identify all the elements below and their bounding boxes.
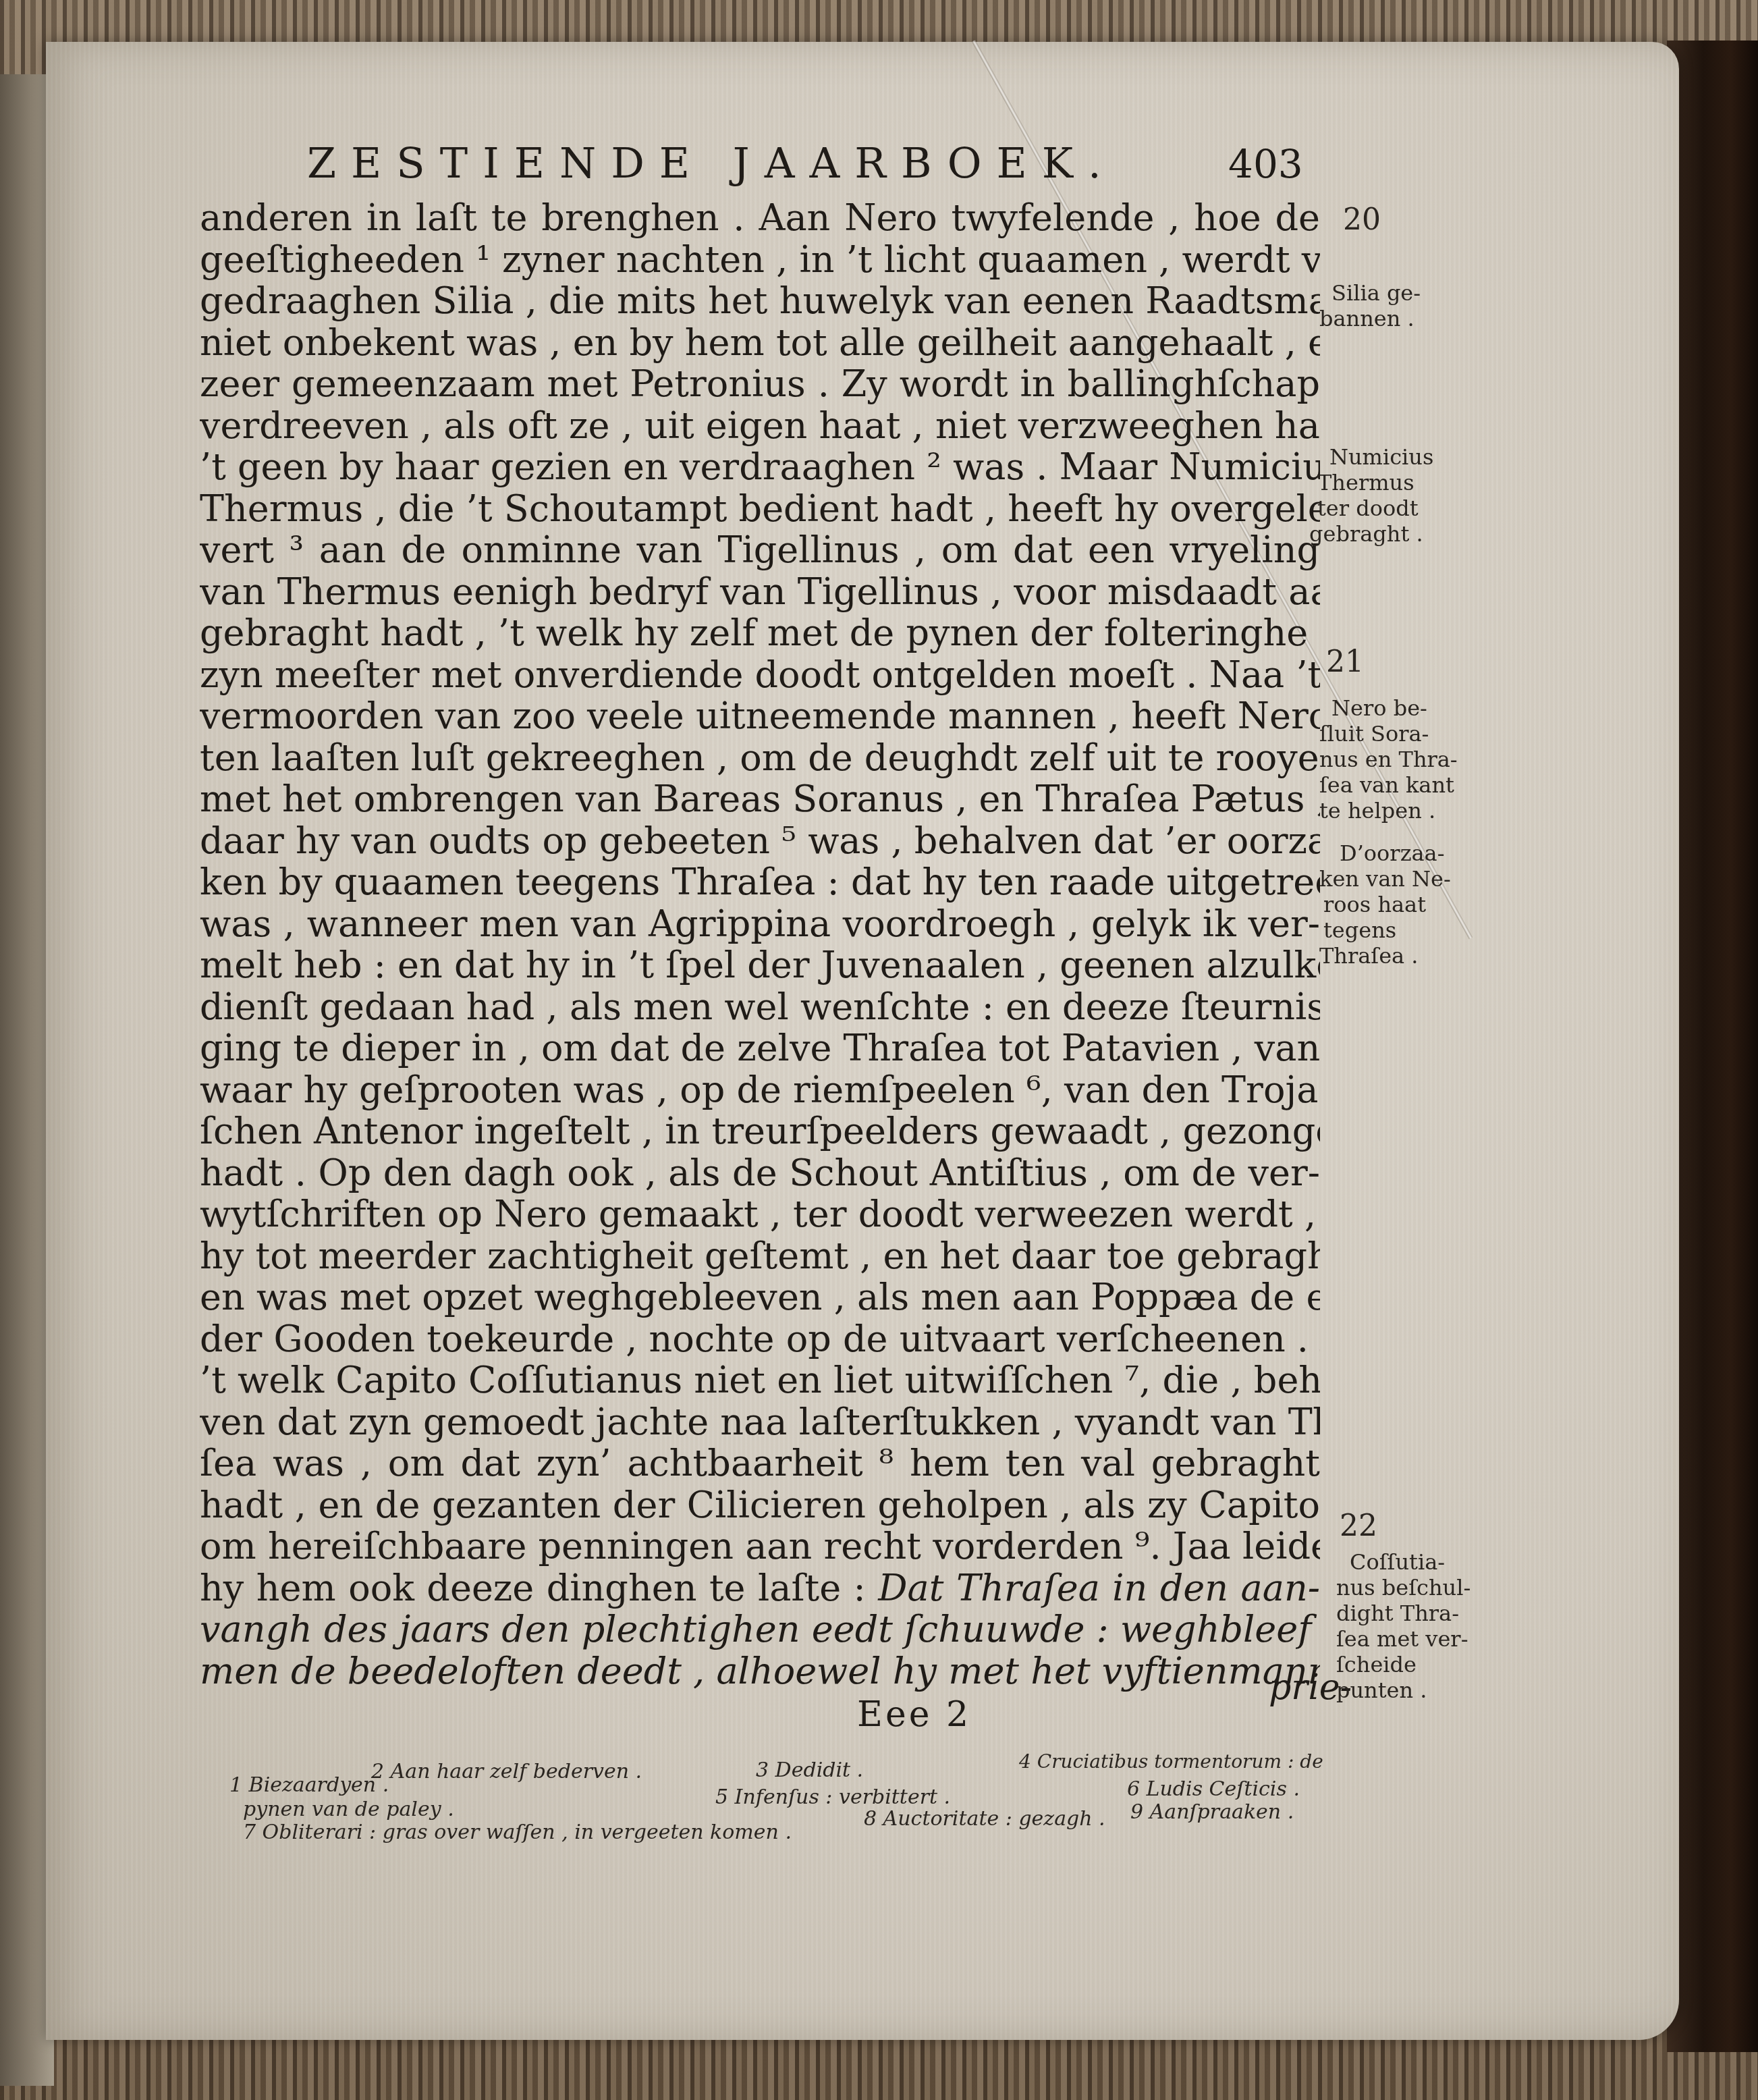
- footnote: 2 Aan haar zelf bederven .: [371, 1760, 642, 1783]
- text-line: gebraght hadt , ’t welk hy zelf met de p…: [200, 612, 1320, 654]
- text-line-mixed: hy hem ook deeze dinghen te laſte : Dat …: [200, 1567, 1320, 1609]
- margin-note: Coſſutia- nus beſchul- dight Thra- ſea m…: [1336, 1549, 1471, 1703]
- signature-mark: Eee 2: [857, 1694, 971, 1735]
- text-line: ’t welk Capito Coſſutianus niet en liet …: [200, 1359, 1320, 1401]
- footnote: 8 Auctoritate : gezagh .: [864, 1807, 1105, 1831]
- running-head: ZESTIENDE JAARBOEK. 403: [307, 138, 1319, 199]
- text-line-italic: vangh des jaars den plechtighen eedt ſch…: [200, 1609, 1320, 1650]
- text-line: om hereiſchbaare penningen aan recht vor…: [200, 1526, 1320, 1567]
- book-binding-right: [1667, 41, 1758, 2052]
- text-line: waar hy geſprooten was , op de riemſpeel…: [200, 1069, 1320, 1111]
- footnote: 7 Obliterari : gras over waſſen , in ver…: [243, 1821, 792, 1844]
- text-line: ſea was , om dat zyn’ achtbaarheit ⁸ hem…: [200, 1443, 1320, 1484]
- text-line: hy tot meerder zachtigheit geſtemt , en …: [200, 1235, 1320, 1277]
- margin-note-line: ken van Ne-: [1319, 866, 1451, 892]
- page-number: 403: [1228, 141, 1303, 187]
- text-line: ven dat zyn gemoedt jachte naa laſterſtu…: [200, 1401, 1320, 1443]
- margin-note-line: Thraſea .: [1319, 943, 1451, 969]
- text-line: ken by quaamen teegens Thraſea : dat hy …: [200, 861, 1320, 903]
- margin-note-line: tegens: [1319, 917, 1451, 943]
- margin-note-line: punten .: [1336, 1677, 1471, 1703]
- roman-text: hy hem ook deeze dinghen te laſte :: [200, 1567, 866, 1609]
- margin-note: Silia ge- bannen .: [1319, 280, 1421, 331]
- margin-note-line: nus beſchul-: [1336, 1575, 1471, 1600]
- text-line: was , wanneer men van Agrippina voordroe…: [200, 903, 1320, 945]
- margin-note-line: gebraght .: [1309, 521, 1433, 547]
- margin-note-line: ſluit Sora-: [1319, 721, 1458, 747]
- text-line: vermoorden van zoo veele uitneemende man…: [200, 695, 1320, 737]
- body-text: anderen in laſt te brenghen . Aan Nero t…: [200, 197, 1320, 1692]
- footnote: 4 Cruciatibus tormentorum : de: [1019, 1750, 1323, 1773]
- margin-note-line: te helpen .: [1319, 798, 1458, 824]
- text-line: ſchen Antenor ingeſtelt , in treurſpeeld…: [200, 1110, 1320, 1152]
- text-line: ten laaſten luſt gekreeghen , om de deug…: [200, 737, 1320, 779]
- text-line: met het ombrengen van Bareas Soranus , e…: [200, 778, 1320, 820]
- margin-note-line: ſea met ver-: [1336, 1626, 1471, 1652]
- text-line: en was met opzet weghgebleeven , als men…: [200, 1276, 1320, 1318]
- footnote: pynen van de paley .: [243, 1798, 454, 1821]
- margin-note: Nero be- ſluit Sora- nus en Thra- ſea va…: [1319, 695, 1458, 824]
- footnote: 1 Biezaardyen .: [229, 1773, 389, 1797]
- section-number: 22: [1340, 1509, 1377, 1543]
- margin-note-line: Nero be-: [1319, 695, 1458, 721]
- footnote: 3 Dedidit .: [756, 1758, 863, 1782]
- margin-note: D’oorzaa- ken van Ne- roos haat tegens T…: [1319, 840, 1451, 969]
- margin-note-line: D’oorzaa-: [1319, 840, 1451, 866]
- margin-note-line: bannen .: [1319, 306, 1421, 331]
- margin-note-line: Thermus: [1309, 470, 1433, 495]
- footnote: 6 Ludis Ceſticis .: [1127, 1777, 1300, 1801]
- text-line: ’t geen by haar gezien en verdraaghen ² …: [200, 446, 1320, 488]
- text-line: zeer gemeenzaam met Petronius . Zy wordt…: [200, 363, 1320, 405]
- text-line: der Gooden toekeurde , nochte op de uitv…: [200, 1318, 1320, 1360]
- text-line: anderen in laſt te brenghen . Aan Nero t…: [200, 197, 1320, 239]
- margin-note-line: ſea van kant: [1319, 772, 1458, 798]
- text-line: niet onbekent was , en by hem tot alle g…: [200, 322, 1320, 364]
- text-line: verdreeven , als oft ze , uit eigen haat…: [200, 405, 1320, 447]
- margin-note: Numicius Thermus ter doodt gebraght .: [1309, 444, 1433, 547]
- margin-note-line: nus en Thra-: [1319, 747, 1458, 772]
- text-line: melt heb : en dat hy in ’t ſpel der Juve…: [200, 944, 1320, 986]
- footnote: 9 Aanſpraaken .: [1130, 1800, 1294, 1824]
- text-line: hadt . Op den dagh ook , als de Schout A…: [200, 1152, 1320, 1194]
- text-line-italic: men de beedeloften deedt , alhoewel hy m…: [200, 1650, 1320, 1692]
- margin-note-line: roos haat: [1319, 892, 1451, 917]
- text-line: ging te dieper in , om dat de zelve Thra…: [200, 1027, 1320, 1069]
- text-line: gedraaghen Silia , die mits het huwelyk …: [200, 280, 1320, 322]
- text-line: zyn meeſter met onverdiende doodt ontgel…: [200, 654, 1320, 696]
- footnotes: 1 Biezaardyen . 2 Aan haar zelf bederven…: [229, 1758, 1377, 1860]
- text-line: dienſt gedaan had , als men wel wenſchte…: [200, 986, 1320, 1028]
- text-line: van Thermus eenigh bedryf van Tigellinus…: [200, 571, 1320, 613]
- italic-text: Dat Thraſea in den aan-: [878, 1567, 1320, 1609]
- text-line: wytſchriften op Nero gemaakt , ter doodt…: [200, 1193, 1320, 1235]
- text-line: geeſtigheeden ¹ zyner nachten , in ’t li…: [200, 239, 1320, 281]
- running-title: ZESTIENDE JAARBOEK.: [307, 138, 1116, 188]
- text-line: hadt , en de gezanten der Cilicieren geh…: [200, 1484, 1320, 1526]
- margin-note-line: Silia ge-: [1319, 280, 1421, 306]
- text-line: daar hy van oudts op gebeeten ⁵ was , be…: [200, 820, 1320, 862]
- text-line: Thermus , die ’t Schoutampt bedient hadt…: [200, 488, 1320, 530]
- text-line: vert ³ aan de onminne van Tigellinus , o…: [200, 529, 1320, 571]
- section-number: 21: [1326, 645, 1364, 679]
- margin-note-line: ter doodt: [1309, 495, 1433, 521]
- margin-note-line: Coſſutia-: [1336, 1549, 1471, 1575]
- footnote: 5 Infenſus : verbittert .: [715, 1785, 950, 1809]
- section-number: 20: [1343, 203, 1381, 237]
- margin-note-line: Numicius: [1309, 444, 1433, 470]
- margin-note-line: ſcheide: [1336, 1652, 1471, 1677]
- margin-note-line: dight Thra-: [1336, 1600, 1471, 1626]
